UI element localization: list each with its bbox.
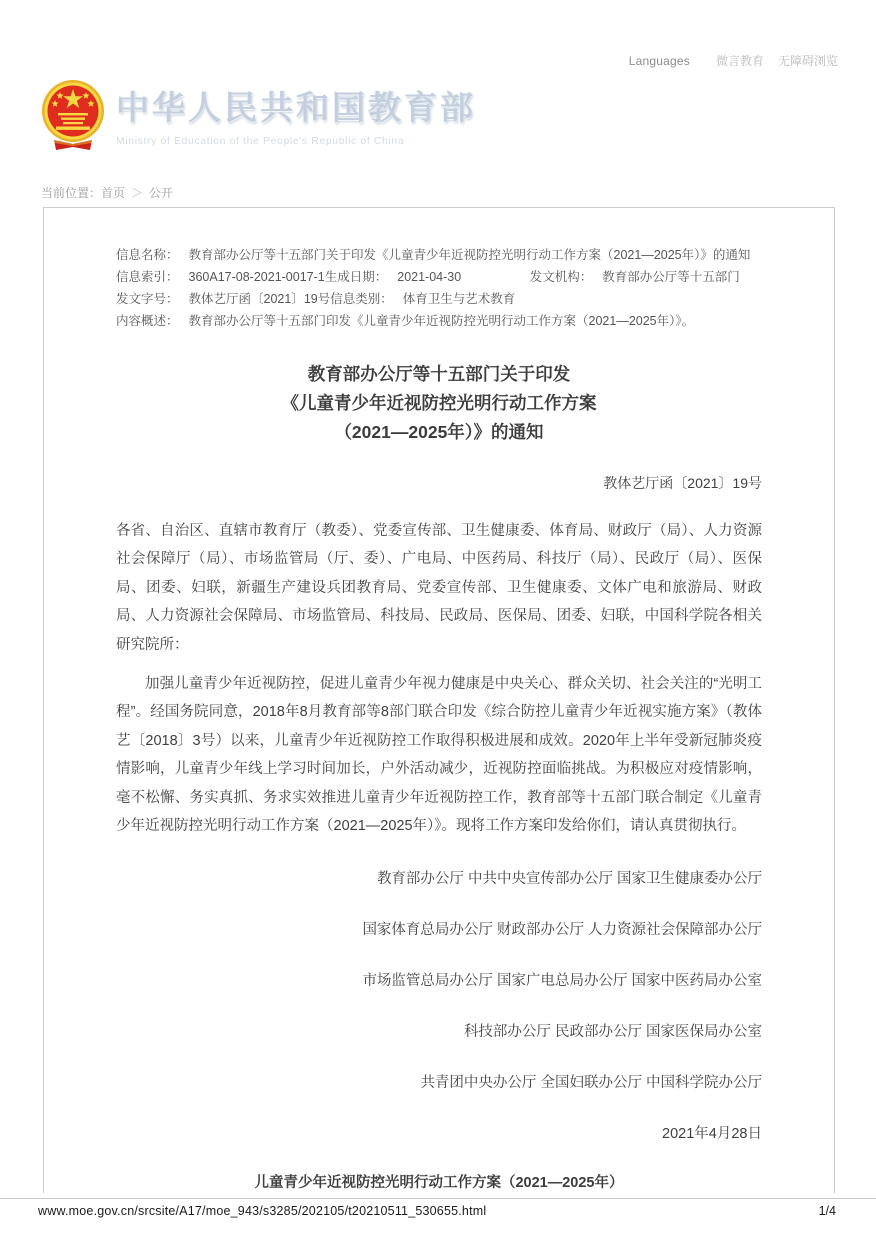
footer-divider: [0, 1198, 876, 1199]
notice-title-line-3: （2021—2025年）》的通知: [116, 418, 762, 447]
utility-links: Languages 微言教育 无障碍浏览: [629, 52, 838, 69]
document-panel: 信息名称： 教育部办公厅等十五部门关于印发《儿童青少年近视防控光明行动工作方案（…: [43, 207, 835, 1193]
logo-text: 中华人民共和国教育部 Ministry of Education of the …: [116, 78, 476, 147]
meta-docno-label: 发文字号：: [116, 288, 179, 310]
meta-name-value: 教育部办公厅等十五部门关于印发《儿童青少年近视防控光明行动工作方案（2021—2…: [189, 244, 751, 266]
document-metadata: 信息名称： 教育部办公厅等十五部门关于印发《儿童青少年近视防控光明行动工作方案（…: [116, 244, 762, 332]
document-number: 教体艺厅函〔2021〕19号: [116, 469, 762, 497]
footer-url: www.moe.gov.cn/srcsite/A17/moe_943/s3285…: [38, 1204, 486, 1218]
meta-row-index-date-agency: 信息索引： 360A17-08-2021-0017-1 生成日期： 2021-0…: [116, 266, 762, 288]
meta-category-value: 体育卫生与艺术教育: [403, 288, 516, 310]
meta-index-label: 信息索引：: [116, 266, 179, 288]
breadcrumb-home-link[interactable]: 首页: [101, 186, 125, 200]
signature-line: 共青团中央办公厅 全国妇联办公厅 中国科学院办公厅: [116, 1069, 762, 1097]
site-title: 中华人民共和国教育部: [116, 82, 476, 129]
meta-docno-pair: 发文字号： 教体艺厅函〔2021〕19号: [116, 288, 330, 310]
meta-row-docno-category: 发文字号： 教体艺厅函〔2021〕19号 信息类别： 体育卫生与艺术教育: [116, 288, 762, 310]
china-national-emblem-icon: [40, 78, 106, 154]
body-paragraph: 加强儿童青少年近视防控，促进儿童青少年视力健康是中央关心、群众关切、社会关注的“…: [116, 670, 762, 840]
meta-gendate-value: 2021-04-30: [397, 266, 461, 288]
breadcrumb-label: 当前位置：: [41, 186, 101, 200]
accessibility-link[interactable]: 无障碍浏览: [778, 52, 838, 69]
signature-line: 市场监管总局办公厅 国家广电总局办公厅 国家中医药局办公室: [116, 967, 762, 995]
footer-page-number: 1/4: [819, 1204, 836, 1218]
printed-page: Languages 微言教育 无障碍浏览: [0, 0, 876, 1239]
meta-gendate-pair: 生成日期： 2021-04-30: [325, 266, 530, 288]
breadcrumb-section-link[interactable]: 公开: [149, 186, 173, 200]
breadcrumb: 当前位置：首页＞公开: [41, 184, 173, 201]
meta-category-pair: 信息类别： 体育卫生与艺术教育: [330, 288, 515, 310]
meta-row-summary: 内容概述： 教育部办公厅等十五部门印发《儿童青少年近视防控光明行动工作方案（20…: [116, 310, 762, 332]
notice-title-line-2: 《儿童青少年近视防控光明行动工作方案: [116, 389, 762, 418]
signature-line: 教育部办公厅 中共中央宣传部办公厅 国家卫生健康委办公厅: [116, 865, 762, 893]
meta-agency-pair: 发文机构： 教育部办公厅等十五部门: [530, 266, 740, 288]
weiyan-jiaoyu-link[interactable]: 微言教育: [716, 52, 764, 69]
meta-docno-value: 教体艺厅函〔2021〕19号: [189, 288, 331, 310]
recipients-paragraph: 各省、自治区、直辖市教育厅（教委）、党委宣传部、卫生健康委、体育局、财政厅（局）…: [116, 517, 762, 659]
meta-index-value: 360A17-08-2021-0017-1: [189, 266, 325, 288]
meta-summary-label: 内容概述：: [116, 310, 179, 332]
meta-index-pair: 信息索引： 360A17-08-2021-0017-1: [116, 266, 325, 288]
meta-name-label: 信息名称：: [116, 244, 179, 266]
signature-line: 国家体育总局办公厅 财政部办公厅 人力资源社会保障部办公厅: [116, 916, 762, 944]
meta-summary-value: 教育部办公厅等十五部门印发《儿童青少年近视防控光明行动工作方案（2021—202…: [189, 310, 695, 332]
meta-agency-label: 发文机构：: [530, 266, 593, 288]
meta-category-label: 信息类别：: [330, 288, 393, 310]
notice-title-line-1: 教育部办公厅等十五部门关于印发: [116, 360, 762, 389]
notice-title: 教育部办公厅等十五部门关于印发 《儿童青少年近视防控光明行动工作方案 （2021…: [116, 360, 762, 447]
attachment-title: 儿童青少年近视防控光明行动工作方案（2021—2025年）: [116, 1169, 762, 1197]
languages-link[interactable]: Languages: [629, 54, 690, 68]
signature-line: 科技部办公厅 民政部办公厅 国家医保局办公室: [116, 1018, 762, 1046]
meta-row-name: 信息名称： 教育部办公厅等十五部门关于印发《儿童青少年近视防控光明行动工作方案（…: [116, 244, 762, 266]
meta-agency-value: 教育部办公厅等十五部门: [602, 266, 740, 288]
signature-date: 2021年4月28日: [116, 1120, 762, 1148]
breadcrumb-separator: ＞: [131, 186, 143, 200]
meta-gendate-label: 生成日期：: [325, 266, 388, 288]
site-masthead: 中华人民共和国教育部 Ministry of Education of the …: [40, 78, 476, 154]
site-subtitle: Ministry of Education of the People's Re…: [116, 135, 476, 147]
